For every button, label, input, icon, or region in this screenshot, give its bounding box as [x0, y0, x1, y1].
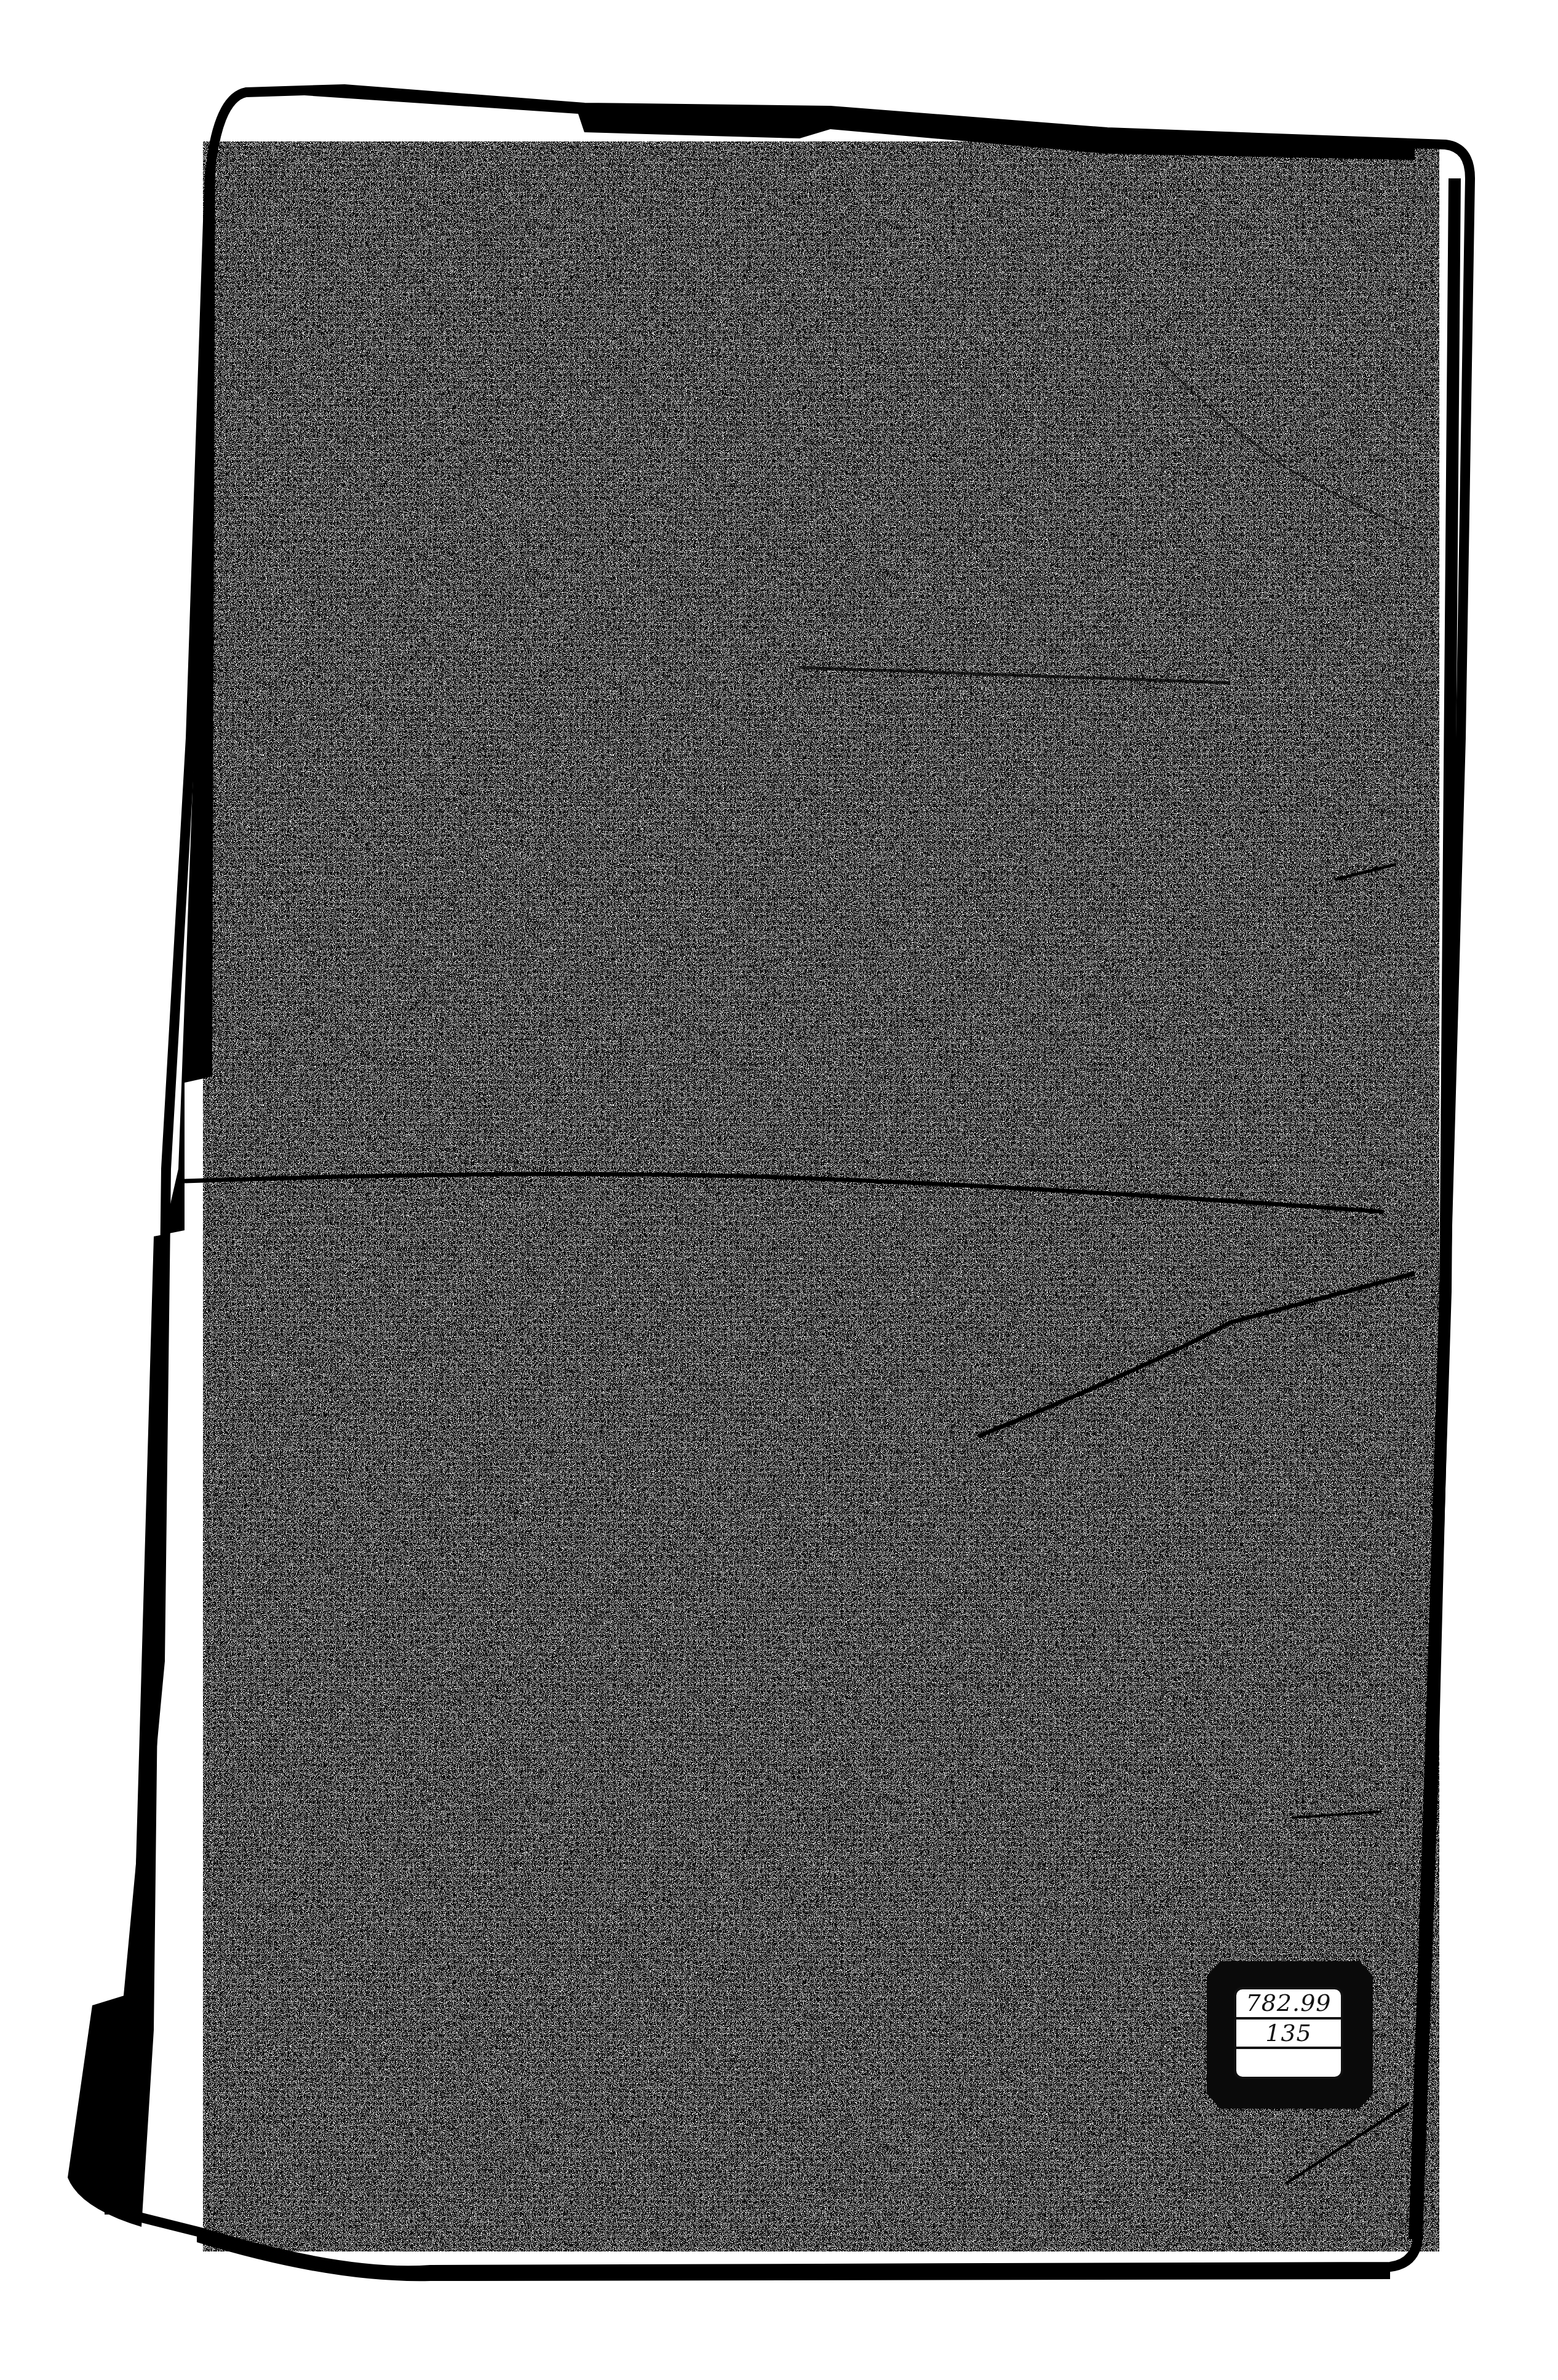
call-number-class: 782.99: [1236, 1989, 1341, 2017]
spine-corner: [105, 2018, 141, 2215]
paper-speckle: [203, 141, 1439, 2251]
call-number-cutter: 135: [1236, 2017, 1341, 2047]
call-number-blank-line: [1236, 2047, 1341, 2077]
call-number-label: 782.99 135: [1207, 1961, 1373, 2109]
call-number-label-card: 782.99 135: [1234, 1987, 1343, 2079]
